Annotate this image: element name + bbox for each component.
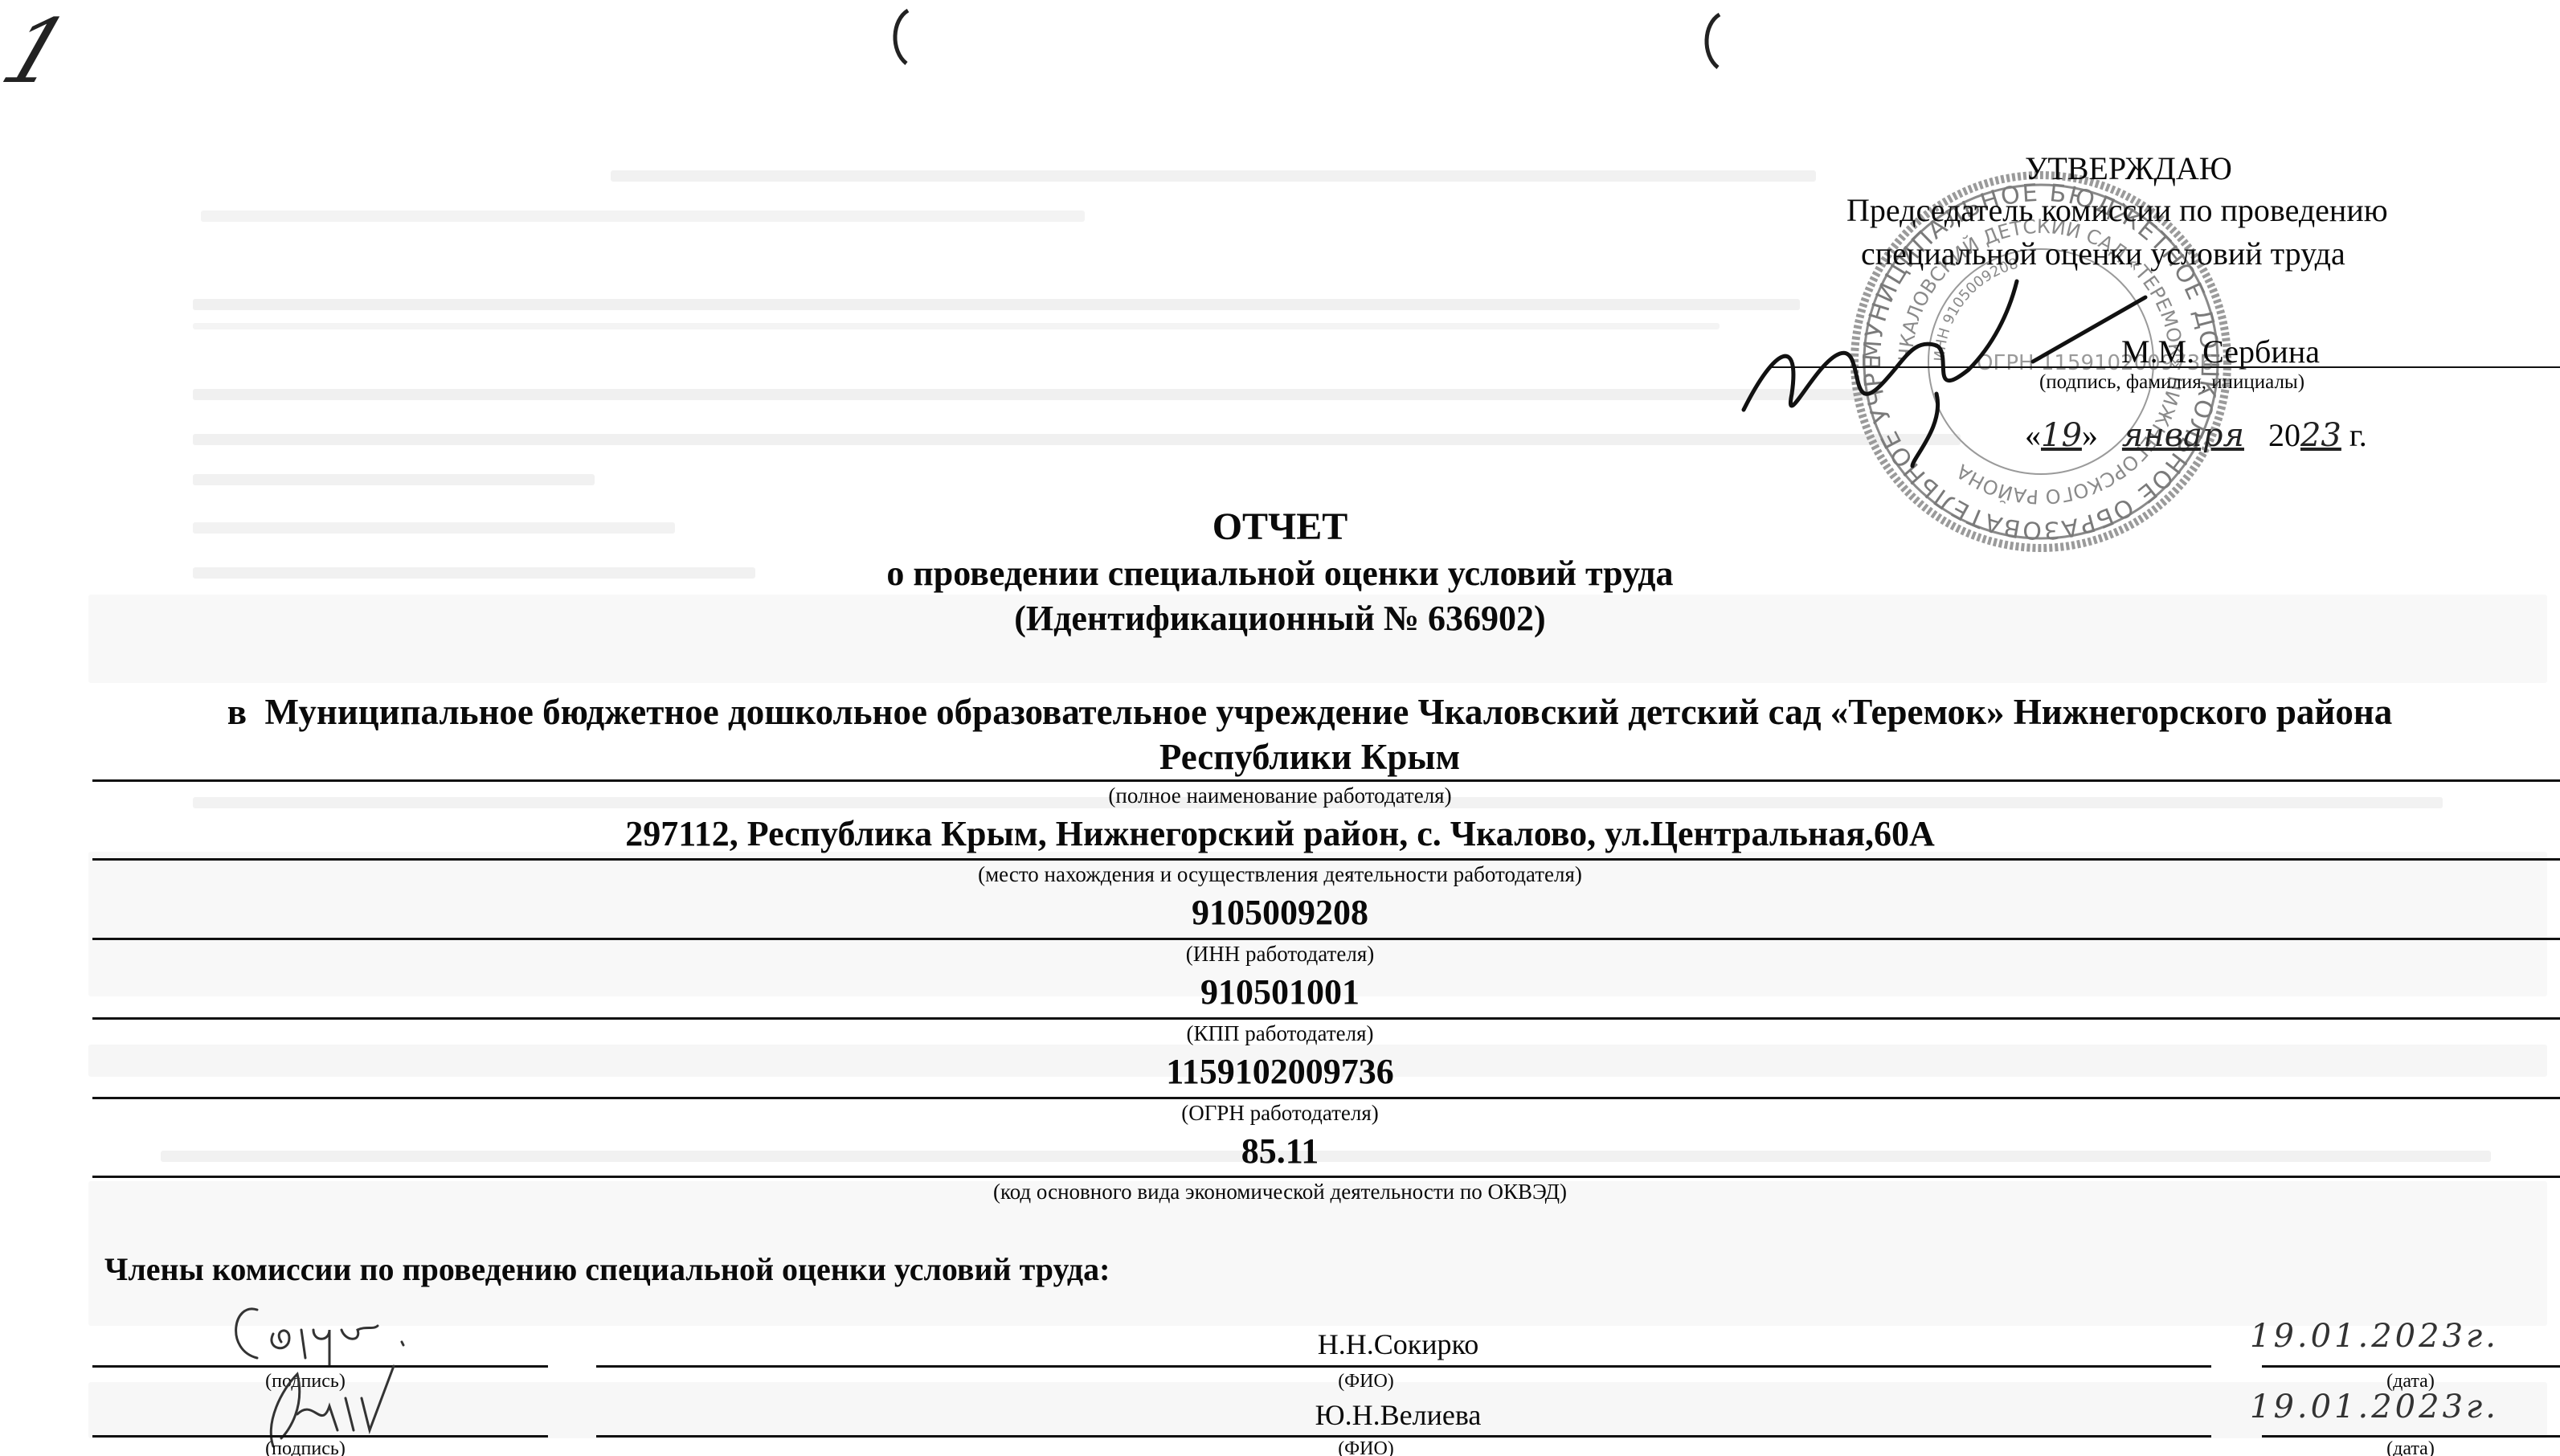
employer-address-caption: (место нахождения и осуществления деятел… [0,862,2560,886]
employer-prefix: в [227,692,247,732]
employer-address-line [92,858,2560,861]
employer-inn-caption: (ИНН работодателя) [0,942,2560,966]
employer-name-line1: Муниципальное бюджетное дошкольное образ… [265,692,2393,732]
member-date-caption: (дата) [2330,1437,2491,1456]
member-date: 19.01.2023г. [2250,1389,2499,1425]
employer-okved-line [92,1176,2560,1178]
date-year-suffix: 23 [2300,417,2341,454]
approver-signature-icon [1728,265,2178,474]
member-fio: Н.Н.Сокирко [1205,1327,1591,1361]
member-signature-caption: (подпись) [225,1437,386,1456]
approval-heading: УТВЕРЖДАЮ [2025,149,2232,187]
member-fio-caption: (ФИО) [1286,1437,1446,1456]
employer-kpp-line [92,1017,2560,1020]
employer-name-line [92,779,2560,782]
report-subtitle: о проведении специальной оценки условий … [0,553,2560,594]
employer-kpp-caption: (КПП работодателя) [0,1021,2560,1045]
employer-name: в Муниципальное бюджетное дошкольное обр… [104,689,2515,779]
employer-address: 297112, Республика Крым, Нижнегорский ра… [0,813,2560,854]
employer-ogrn-caption: (ОГРН работодателя) [0,1101,2560,1125]
employer-okved-caption: (код основного вида экономической деятел… [0,1180,2560,1204]
binder-hole-icon [884,4,916,68]
employer-ogrn: 1159102009736 [0,1051,2560,1092]
member-date-line [2262,1365,2560,1368]
report-identifier: (Идентификационный № 636902) [0,598,2560,639]
employer-inn: 9105009208 [0,892,2560,933]
employer-okved: 85.11 [0,1131,2560,1172]
member-fio-line [596,1365,2211,1368]
employer-name-caption: (полное наименование работодателя) [0,783,2560,808]
commission-heading: Члены комиссии по проведению специальной… [104,1250,1110,1288]
date-year-prefix: 20 [2268,417,2300,453]
binder-hole-icon [1695,8,1728,72]
member-date: 19.01.2023г. [2250,1318,2499,1355]
approval-role-line1: Председатель комиссии по проведению [1846,191,2388,229]
member-fio-caption: (ФИО) [1286,1369,1446,1393]
employer-kpp: 910501001 [0,971,2560,1012]
page-number-mark: 1 [0,0,83,103]
employer-ogrn-line [92,1097,2560,1099]
date-year-unit: г. [2349,417,2367,453]
employer-inn-line [92,938,2560,940]
employer-name-line2: Республики Крым [1159,737,1460,777]
member-fio: Ю.Н.Велиева [1205,1398,1591,1432]
report-title: ОТЧЕТ [0,505,2560,549]
